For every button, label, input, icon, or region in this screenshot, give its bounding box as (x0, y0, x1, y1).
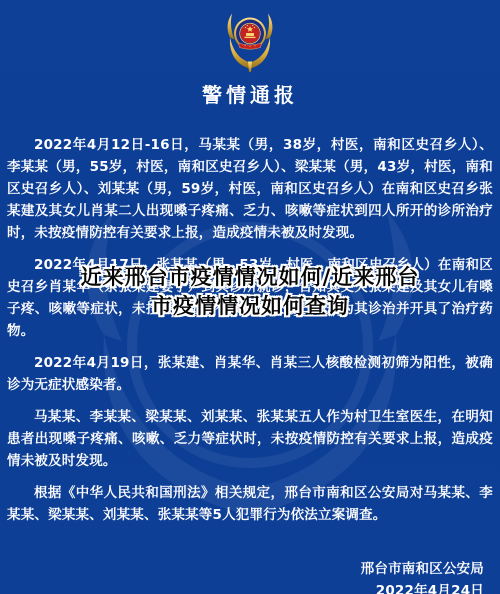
notice-header: 警情通报 (0, 0, 500, 108)
notice-title: 警情通报 (0, 83, 500, 108)
notice-paragraph-4: 马某某、李某某、梁某某、刘某某、张某某五人作为村卫生室医生，在明知患者出现嗓子疼… (7, 406, 493, 472)
search-query-overlay-text: 近来邢台市疫情情况如何/近来邢台 市疫情情况如何查询 (0, 263, 500, 321)
police-notice-page: 警情通报 2022年4月12日-16日，马某某（男，38岁，村医，南和区史召乡人… (0, 0, 500, 594)
issuer-name: 邢台市南和区公安局 (7, 558, 484, 580)
notice-paragraph-3: 2022年4月19日，张某建、肖某华、肖某三人核酸检测初筛为阳性，被确诊为无症状… (7, 352, 493, 396)
issue-date: 2022年4月24日 (7, 580, 484, 594)
overlay-line-2: 市疫情情况如何查询 (0, 292, 500, 321)
overlay-line-1: 近来邢台市疫情情况如何/近来邢台 (0, 263, 500, 292)
notice-paragraph-1: 2022年4月12日-16日，马某某（男，38岁，村医，南和区史召乡人）、李某某… (7, 134, 493, 244)
police-badge-icon (223, 8, 277, 74)
notice-signature: 邢台市南和区公安局 2022年4月24日 (7, 558, 493, 594)
notice-body: 2022年4月12日-16日，马某某（男，38岁，村医，南和区史召乡人）、李某某… (0, 134, 500, 594)
notice-paragraph-5: 根据《中华人民共和国刑法》相关规定，邢台市南和区公安局对马某某、李某某、梁某某、… (7, 482, 493, 526)
